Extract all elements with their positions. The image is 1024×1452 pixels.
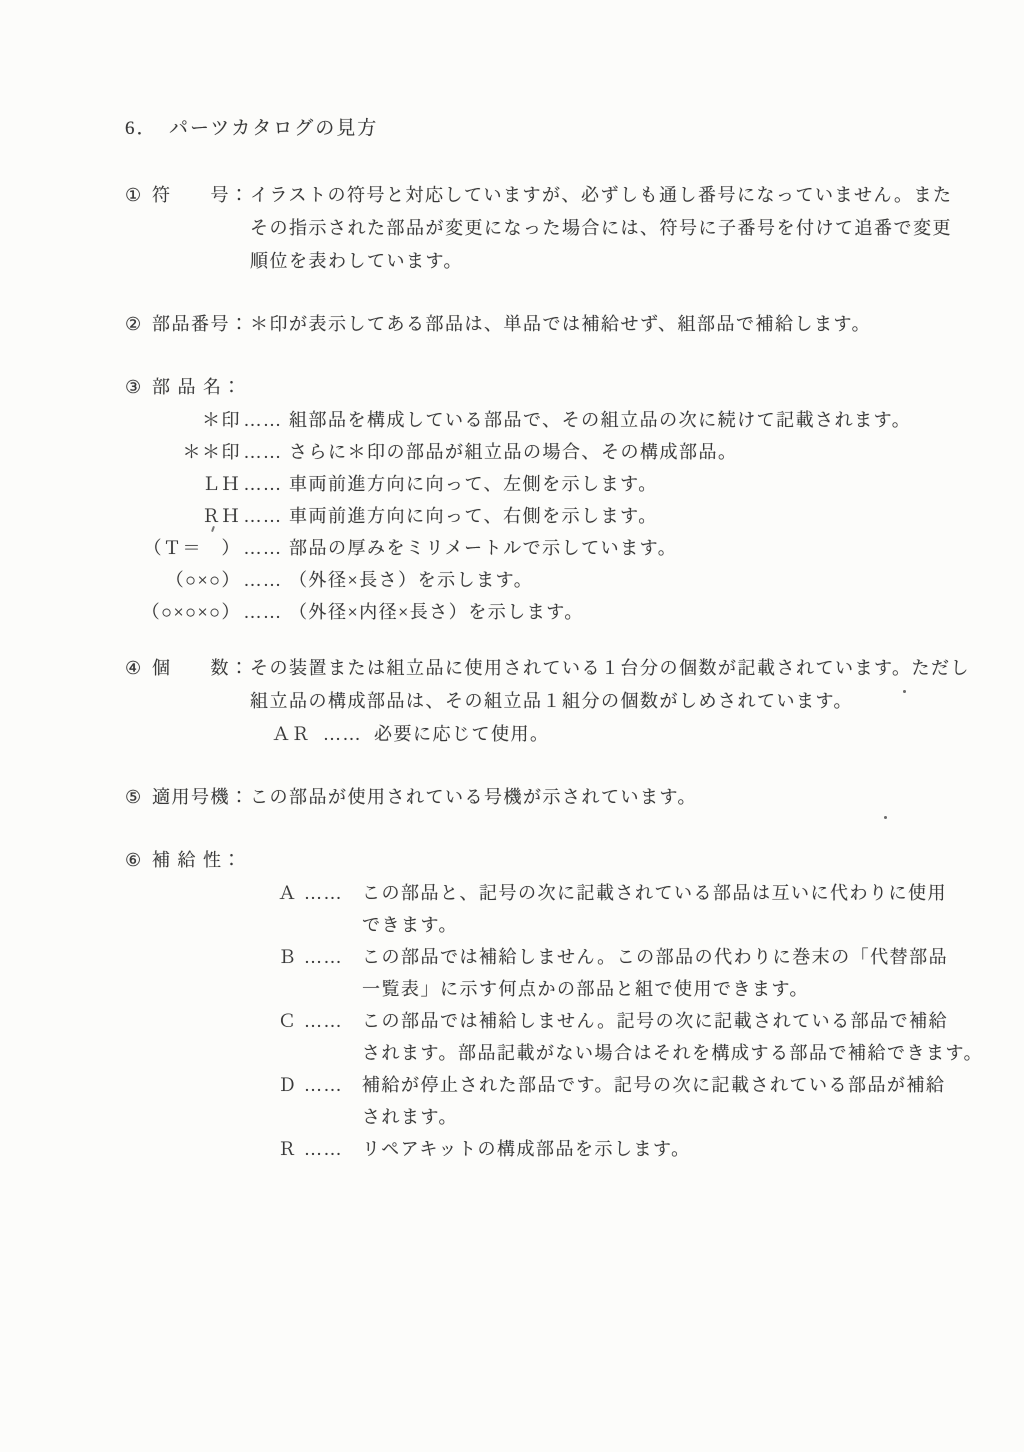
leader-dots: …… — [304, 941, 350, 973]
notation-desc: 車両前進方向に向って、左側を示します。 — [289, 468, 658, 500]
notation-desc: 部品の厚みをミリメートルで示しています。 — [289, 532, 677, 564]
leader-dots: …… — [323, 718, 362, 751]
section-applicable-serial-label: 適用号機： — [152, 781, 250, 814]
leader-dots: …… — [304, 1005, 350, 1037]
circled-number-5: ⑤ — [125, 781, 152, 814]
notation-desc: 車両前進方向に向って、右側を示します。 — [289, 500, 658, 532]
notation-term: （○×○×○） — [125, 596, 241, 628]
supply-code: Ｃ — [278, 1005, 304, 1037]
notation-term: （Ｔ＝ ） — [125, 532, 241, 564]
section-symbol-body: イラストの符号と対応していますが、必ずしも通し番号になっていません。また その指… — [250, 179, 985, 278]
notation-row-ar: ＡＲ …… 必要に応じて使用。 — [272, 718, 985, 751]
leader-dots: …… — [241, 596, 285, 628]
supply-code: Ｂ — [278, 941, 304, 973]
leader-dots: …… — [241, 564, 285, 596]
notation-row-thickness: （Ｔ＝ ） …… 部品の厚みをミリメートルで示しています。 — [125, 532, 985, 564]
section-quantity: ④ 個 数： その装置または組立品に使用されている１台分の個数が記載されています… — [125, 652, 985, 751]
supply-code-list: Ａ …… この部品と、記号の次に記載されている部品は互いに代わりに使用 できます… — [278, 877, 985, 1165]
supply-code-desc: この部品と、記号の次に記載されている部品は互いに代わりに使用 できます。 — [362, 877, 947, 941]
circled-number-2: ② — [125, 308, 152, 341]
leader-dots: …… — [304, 1069, 350, 1101]
leader-dots: …… — [241, 500, 285, 532]
notation-term: ＬＨ — [125, 468, 241, 500]
notation-desc: 組部品を構成している部品で、その組立品の次に続けて記載されます。 — [289, 404, 911, 436]
circled-number-1: ① — [125, 179, 152, 212]
notation-row-od-id-length: （○×○×○） …… （外径×内径×長さ）を示します。 — [125, 596, 985, 628]
supply-code-row-c: Ｃ …… この部品では補給しません。記号の次に記載されている部品で補給 されます… — [278, 1005, 985, 1069]
notation-term: ＊印 — [125, 404, 241, 436]
leader-dots: …… — [304, 1133, 350, 1165]
desc-line: されます。 — [362, 1101, 946, 1133]
desc-line: 補給が停止された部品です。記号の次に記載されている部品が補給 — [362, 1069, 946, 1101]
desc-line: この部品では補給しません。この部品の代わりに巻末の「代替部品 — [362, 941, 948, 973]
leader-dots: …… — [241, 532, 285, 564]
notation-row-asterisk: ＊印 …… 組部品を構成している部品で、その組立品の次に続けて記載されます。 — [125, 404, 985, 436]
supply-code-desc: この部品では補給しません。記号の次に記載されている部品で補給 されます。部品記載… — [362, 1005, 983, 1069]
body-line: この部品が使用されている号機が示されています。 — [250, 781, 985, 814]
body-line: 順位を表わしています。 — [250, 245, 985, 278]
section-quantity-label: 個 数： — [152, 652, 250, 685]
supply-code-row-a: Ａ …… この部品と、記号の次に記載されている部品は互いに代わりに使用 できます… — [278, 877, 985, 941]
section-quantity-body: その装置または組立品に使用されている１台分の個数が記載されています。ただし 組立… — [250, 652, 985, 751]
notation-term: ＡＲ — [272, 718, 311, 751]
supply-code-desc: リペアキットの構成部品を示します。 — [362, 1133, 691, 1165]
notation-term: （○×○） — [125, 564, 241, 596]
supply-code: Ｄ — [278, 1069, 304, 1101]
body-line: イラストの符号と対応していますが、必ずしも通し番号になっていません。また — [250, 179, 985, 212]
supply-code-desc: 補給が停止された部品です。記号の次に記載されている部品が補給 されます。 — [362, 1069, 946, 1133]
section-part-number-body: ＊印が表示してある部品は、単品では補給せず、組部品で補給します。 — [250, 308, 985, 341]
circled-number-3: ③ — [125, 371, 152, 404]
supply-code-row-b: Ｂ …… この部品では補給しません。この部品の代わりに巻末の「代替部品 一覧表」… — [278, 941, 985, 1005]
body-line: ＊印が表示してある部品は、単品では補給せず、組部品で補給します。 — [250, 308, 985, 341]
leader-dots: …… — [241, 404, 285, 436]
leader-dots: …… — [241, 468, 285, 500]
section-part-name: ③ 部 品 名： ＊印 …… 組部品を構成している部品で、その組立品の次に続けて… — [125, 371, 985, 628]
section-part-name-label: 部 品 名： — [152, 371, 250, 404]
supply-code-desc: この部品では補給しません。この部品の代わりに巻末の「代替部品 一覧表」に示す何点… — [362, 941, 948, 1005]
notation-row-double-asterisk: ＊＊印 …… さらに＊印の部品が組立品の場合、その構成部品。 — [125, 436, 985, 468]
scan-speck — [884, 816, 887, 819]
leader-dots: …… — [304, 877, 350, 909]
supply-code-row-d: Ｄ …… 補給が停止された部品です。記号の次に記載されている部品が補給 されます… — [278, 1069, 985, 1133]
desc-line: リペアキットの構成部品を示します。 — [362, 1133, 691, 1165]
notation-term: ＲＨ — [125, 500, 241, 532]
notation-desc: さらに＊印の部品が組立品の場合、その構成部品。 — [289, 436, 738, 468]
leader-dots: …… — [241, 436, 285, 468]
section-symbol: ① 符 号： イラストの符号と対応していますが、必ずしも通し番号になっていません… — [125, 179, 985, 278]
notation-desc: （外径×内径×長さ）を示します。 — [289, 596, 584, 628]
body-line: その装置または組立品に使用されている１台分の個数が記載されています。ただし — [250, 652, 985, 685]
section-symbol-label: 符 号： — [152, 179, 250, 212]
body-line: 組立品の構成部品は、その組立品１組分の個数がしめされています。 — [250, 685, 985, 718]
notation-term: ＊＊印 — [125, 436, 241, 468]
part-name-notation-list: ＊印 …… 組部品を構成している部品で、その組立品の次に続けて記載されます。 ＊… — [125, 404, 985, 628]
section-supply-availability-label: 補 給 性： — [152, 844, 250, 877]
scan-speck — [903, 690, 906, 693]
body-line: その指示された部品が変更になった場合には、符号に子番号を付けて追番で変更 — [250, 212, 985, 245]
desc-line: この部品と、記号の次に記載されている部品は互いに代わりに使用 — [362, 877, 947, 909]
notation-desc: （外径×長さ）を示します。 — [289, 564, 533, 596]
desc-line: されます。部品記載がない場合はそれを構成する部品で補給できます。 — [362, 1037, 983, 1069]
supply-code: Ａ — [278, 877, 304, 909]
section-applicable-serial: ⑤ 適用号機： この部品が使用されている号機が示されています。 — [125, 781, 985, 814]
desc-line: できます。 — [362, 909, 947, 941]
circled-number-6: ⑥ — [125, 844, 152, 877]
notation-row-lh: ＬＨ …… 車両前進方向に向って、左側を示します。 — [125, 468, 985, 500]
section-supply-availability: ⑥ 補 給 性： Ａ …… この部品と、記号の次に記載されている部品は互いに代わ… — [125, 844, 985, 1165]
supply-code-row-r: Ｒ …… リペアキットの構成部品を示します。 — [278, 1133, 985, 1165]
page-content: 6． パーツカタログの見方 ① 符 号： イラストの符号と対応していますが、必ず… — [125, 112, 985, 1195]
desc-line: この部品では補給しません。記号の次に記載されている部品で補給 — [362, 1005, 983, 1037]
document-page: 6． パーツカタログの見方 ① 符 号： イラストの符号と対応していますが、必ず… — [0, 0, 1024, 1452]
section-part-number-label: 部品番号： — [152, 308, 250, 341]
notation-desc: 必要に応じて使用。 — [374, 718, 550, 751]
section-applicable-serial-body: この部品が使用されている号機が示されています。 — [250, 781, 985, 814]
section-part-number: ② 部品番号： ＊印が表示してある部品は、単品では補給せず、組部品で補給します。 — [125, 308, 985, 341]
supply-code: Ｒ — [278, 1133, 304, 1165]
notation-row-rh: ＲＨ …… 車両前進方向に向って、右側を示します。 — [125, 500, 985, 532]
desc-line: 一覧表」に示す何点かの部品と組で使用できます。 — [362, 973, 948, 1005]
page-title: 6． パーツカタログの見方 — [125, 112, 985, 145]
notation-row-od-length: （○×○） …… （外径×長さ）を示します。 — [125, 564, 985, 596]
circled-number-4: ④ — [125, 652, 152, 685]
